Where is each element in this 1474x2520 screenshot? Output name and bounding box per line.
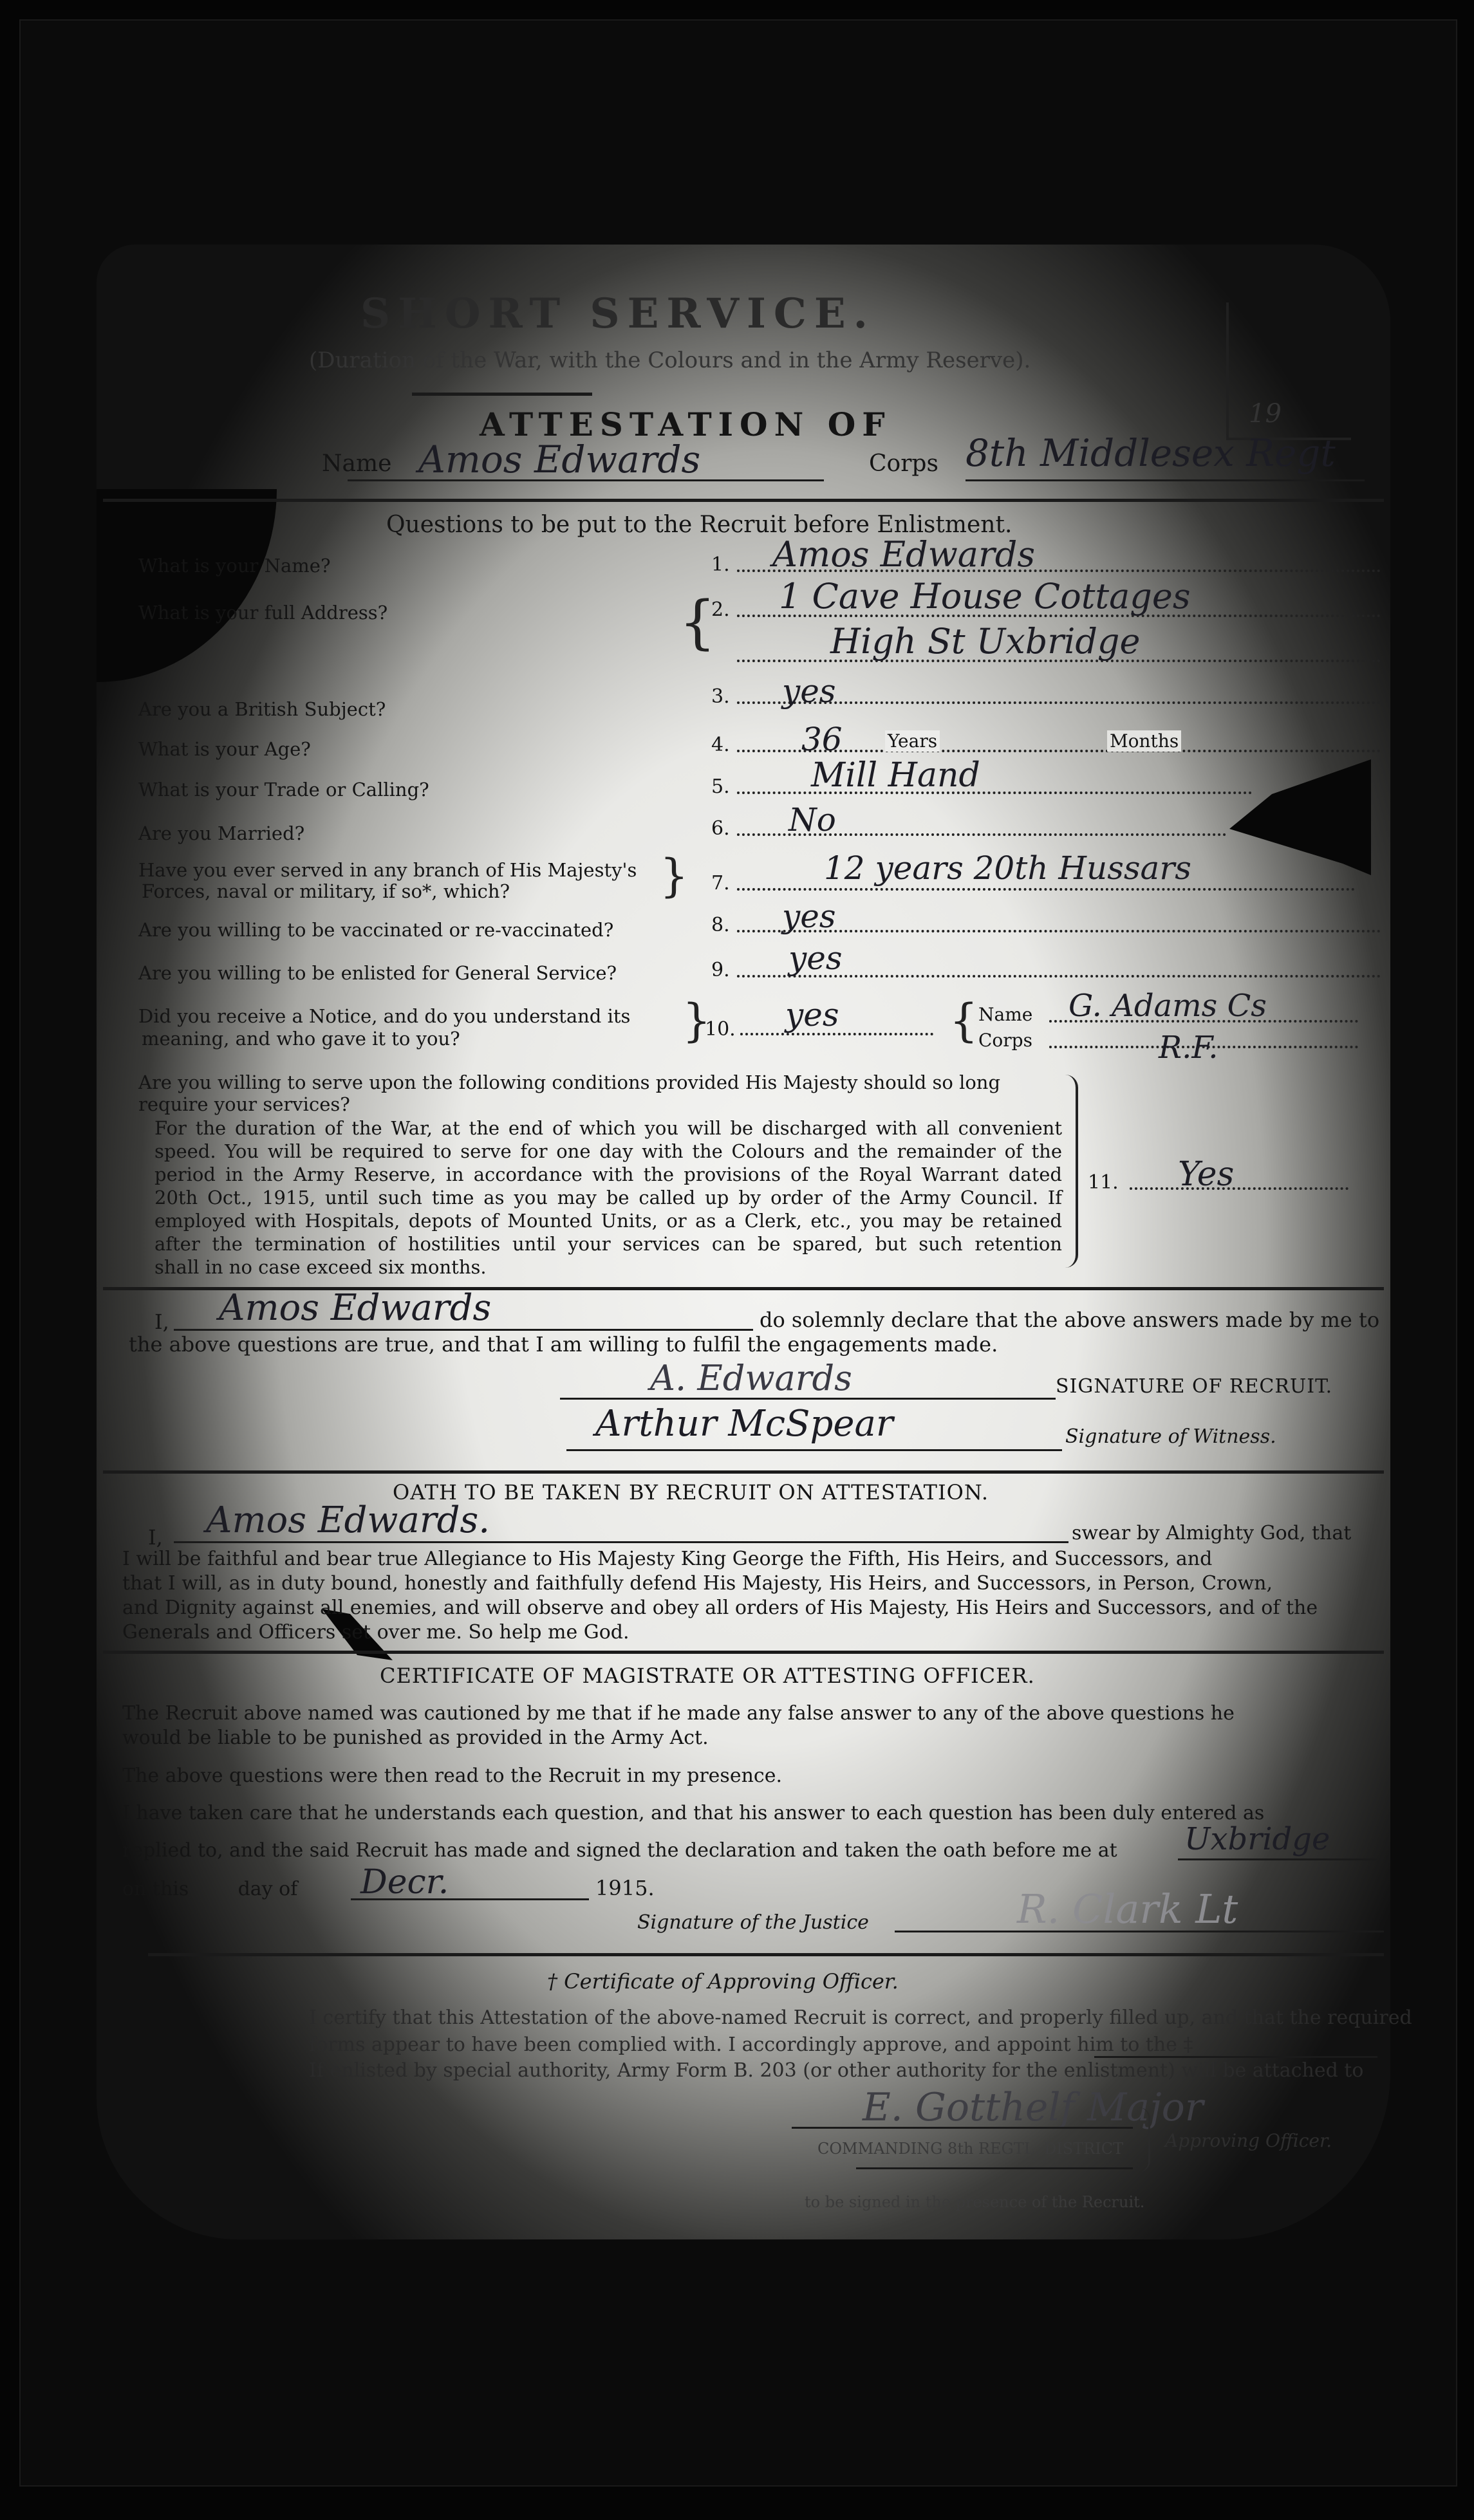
- question-1: What is your Name?: [138, 555, 331, 577]
- recruit-signature: A. Edwards: [650, 1358, 852, 1398]
- answer-2-line2: High St Uxbridge: [830, 621, 1140, 662]
- witness-signature-label: Signature of Witness.: [1065, 1425, 1276, 1448]
- oath-line: that I will, as in duty bound, honestly …: [122, 1572, 1273, 1595]
- recruit-signature-line: [560, 1398, 1056, 1400]
- answer-8: yes: [782, 898, 836, 935]
- title-divider: [412, 393, 592, 396]
- notice-corps-value: R.F.: [1159, 1030, 1218, 1066]
- name-value: Amos Edwards: [418, 438, 700, 481]
- question-10-line1: Did you receive a Notice, and do you und…: [138, 1005, 630, 1027]
- recruit-signature-label: SIGNATURE OF RECRUIT.: [1056, 1375, 1332, 1398]
- corps-underline: [966, 479, 1365, 481]
- corner-number: 19: [1249, 399, 1282, 429]
- regimental-district-stamp: COMMANDING 8th REGTL. DISTRICT: [817, 2140, 1123, 2158]
- form-subtitle: (Duration of the War, with the Colours a…: [309, 347, 1031, 373]
- question-2-number: 2.: [711, 598, 730, 621]
- question-8: Are you willing to be vaccinated or re-v…: [138, 919, 613, 941]
- address-brace: {: [679, 589, 716, 656]
- question-9: Are you willing to be enlisted for Gener…: [138, 962, 617, 984]
- notice-brace: {: [949, 994, 978, 1047]
- corner-number-box: [1226, 302, 1351, 440]
- approving-officer-label: Approving Officer.: [1165, 2130, 1332, 2151]
- oath-line: and Dignity against all enemies, and wil…: [122, 1597, 1318, 1619]
- month-underline: [351, 1898, 589, 1900]
- question-7-line2: Forces, naval or military, if so*, which…: [142, 880, 510, 902]
- answer-3: yes: [782, 672, 836, 710]
- declaration-divider: [103, 1470, 1384, 1474]
- question-8-number: 8.: [711, 914, 730, 936]
- question-1-number: 1.: [711, 553, 730, 576]
- question-10-line2: meaning, and who gave it to you?: [142, 1028, 460, 1050]
- question-4-number: 4.: [711, 734, 730, 756]
- question-9-number: 9.: [711, 959, 730, 981]
- approving-footnote: to be signed in the presence of the Recr…: [805, 2193, 1144, 2211]
- certificate-line: The Recruit above named was cautioned by…: [122, 1702, 1235, 1725]
- declaration-name: Amos Edwards: [219, 1287, 491, 1329]
- answer-9: yes: [788, 940, 843, 977]
- question-6-number: 6.: [711, 817, 730, 840]
- header-divider: [103, 499, 1384, 502]
- place-underline: [1178, 1858, 1377, 1860]
- justice-signature: R. Clark Lt: [1017, 1885, 1238, 1932]
- attestation-month: Decr.: [360, 1863, 449, 1902]
- question-10-number: 10.: [705, 1018, 736, 1041]
- oath-name-underline: [174, 1541, 1068, 1543]
- approving-officer-signature: E. Gotthelf Major: [863, 2085, 1203, 2130]
- certificate-divider: [148, 1953, 1384, 1956]
- months-label: Months: [1107, 730, 1181, 752]
- witness-signature-line: [566, 1449, 1062, 1451]
- justice-signature-line: [895, 1931, 1384, 1932]
- condition-line: employed with Hospitals, depots of Mount…: [154, 1209, 1062, 1232]
- declaration-prefix: I,: [154, 1310, 169, 1334]
- oath-name: Amos Edwards.: [206, 1499, 490, 1541]
- certificate-heading: CERTIFICATE OF MAGISTRATE OR ATTESTING O…: [380, 1663, 1035, 1688]
- witness-signature: Arthur McSpear: [595, 1403, 893, 1445]
- certificate-line: I have taken care that he understands ea…: [122, 1802, 1264, 1824]
- answer-7-line: [737, 888, 1355, 891]
- corps-value: 8th Middlesex Regt: [966, 431, 1336, 475]
- answer-6: No: [788, 801, 836, 838]
- question-6: Are you Married?: [138, 822, 304, 844]
- notice-name-value: G. Adams Cs: [1068, 988, 1267, 1024]
- conditions-block: For the duration of the War, at the end …: [154, 1116, 1062, 1279]
- answer-5: Mill Hand: [811, 756, 980, 795]
- oath-line: swear by Almighty God, that: [1072, 1522, 1351, 1544]
- name-underline: [348, 479, 824, 481]
- answer-7: 12 years 20th Hussars: [824, 849, 1191, 887]
- answer-2-line1: 1 Cave House Cottages: [779, 576, 1191, 616]
- corps-label: Corps: [869, 450, 938, 477]
- answer-11-line: [1130, 1187, 1348, 1190]
- answer-10: yes: [785, 996, 839, 1033]
- notice-corps-label: Corps: [978, 1030, 1032, 1051]
- answer-11: Yes: [1178, 1155, 1234, 1194]
- condition-line: after the termination of hostilities unt…: [154, 1232, 1062, 1255]
- approving-line: forms appear to have been complied with.…: [309, 2034, 1193, 2056]
- notice-name-label: Name: [978, 1004, 1032, 1025]
- oath-prefix: I,: [148, 1525, 163, 1550]
- day-prefix: on this day of: [122, 1878, 297, 1900]
- approving-signature-line: [792, 2127, 1133, 2129]
- question-7-number: 7.: [711, 872, 730, 894]
- condition-line: speed. You will be required to serve for…: [154, 1140, 1062, 1163]
- name-label: Name: [322, 450, 391, 477]
- oath-line: I will be faithful and bear true Allegia…: [122, 1548, 1212, 1570]
- question-11-text: Are you willing to serve upon the follow…: [138, 1071, 1000, 1115]
- question-4: What is your Age?: [138, 738, 311, 760]
- approving-brace: [1139, 2108, 1150, 2172]
- question-2: What is your full Address?: [138, 602, 387, 624]
- justice-signature-label: Signature of the Justice: [637, 1911, 869, 1934]
- question-3: Are you a British Subject?: [138, 698, 386, 720]
- approving-line: I certify that this Attestation of the a…: [309, 2006, 1412, 2029]
- condition-line: 20th Oct., 1915, until such time as you …: [154, 1186, 1062, 1209]
- declaration-name-underline: [174, 1329, 753, 1331]
- form-title: SHORT SERVICE.: [360, 290, 875, 338]
- approving-line: If enlisted by special authority, Army F…: [309, 2059, 1363, 2082]
- question-11-brace: [1065, 1075, 1078, 1268]
- question-11: Are you willing to serve upon the follow…: [138, 1071, 1059, 1115]
- certificate-line: The above questions were then read to th…: [122, 1765, 782, 1787]
- oath-divider: [103, 1651, 1384, 1654]
- stamp-underline: [856, 2167, 1133, 2169]
- attestation-year: 1915.: [595, 1876, 655, 1900]
- condition-line: period in the Army Reserve, in accordanc…: [154, 1163, 1062, 1186]
- question-5: What is your Trade or Calling?: [138, 779, 429, 801]
- approving-heading: † Certificate of Approving Officer.: [547, 1969, 899, 1994]
- declaration-text-1: do solemnly declare that the above answe…: [760, 1308, 1379, 1332]
- attestation-place: Uxbridge: [1184, 1821, 1330, 1857]
- answer-1: Amos Edwards: [772, 534, 1035, 575]
- condition-line: For the duration of the War, at the end …: [154, 1116, 1062, 1140]
- oath-line: Generals and Officers set over me. So he…: [122, 1621, 630, 1644]
- question-7-line1: Have you ever served in any branch of Hi…: [138, 859, 637, 881]
- appointment-underline: [1094, 2056, 1377, 2058]
- declaration-text-2: the above questions are true, and that I…: [129, 1332, 998, 1357]
- certificate-line: replied to, and the said Recruit has mad…: [122, 1839, 1117, 1862]
- condition-line: shall in no case exceed six months.: [154, 1255, 1062, 1279]
- question-7-brace: }: [660, 849, 689, 902]
- question-5-number: 5.: [711, 775, 730, 798]
- certificate-line: would be liable to be punished as provid…: [122, 1727, 709, 1749]
- answer-4-years: 36: [801, 721, 843, 758]
- years-label: Years: [885, 730, 940, 752]
- question-3-number: 3.: [711, 685, 730, 708]
- question-11-number: 11.: [1088, 1171, 1119, 1194]
